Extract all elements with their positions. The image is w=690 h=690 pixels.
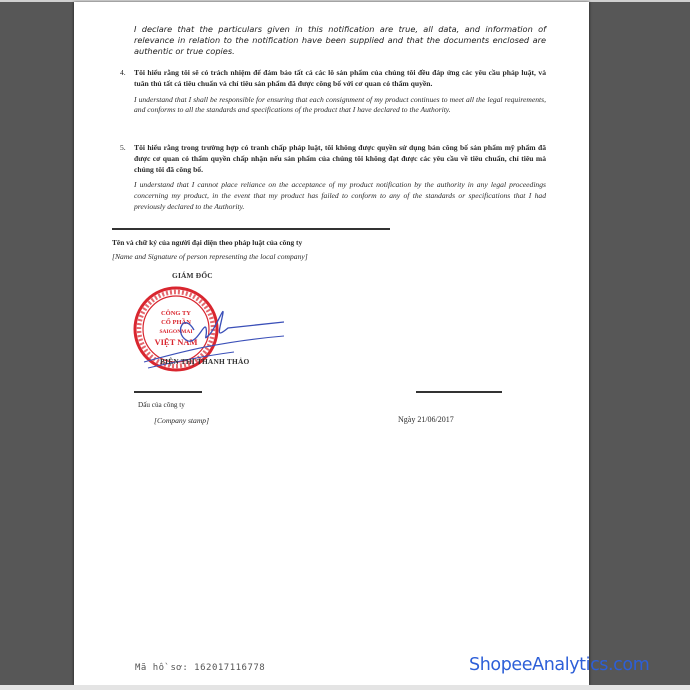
watermark-text: ShopeeAnalytics.com: [469, 655, 649, 675]
signer-title: GIÁM ĐỐC: [172, 271, 213, 280]
file-number: Mã hồ sơ: 162017116778: [135, 663, 265, 673]
company-stamp-label-english: [Company stamp]: [154, 416, 209, 425]
clause-5: 5. Tôi hiểu rằng trong trường hợp có tra…: [120, 143, 546, 213]
clause-number: 4.: [120, 68, 134, 79]
clause-text-english: I understand that I cannot place relianc…: [134, 180, 546, 212]
document-date: Ngày 21/06/2017: [398, 415, 454, 424]
document-page: I declare that the particulars given in …: [74, 2, 589, 685]
signature-divider: [112, 228, 390, 230]
document-viewer: I declare that the particulars given in …: [0, 0, 690, 690]
representative-label-english: [Name and Signature of person representi…: [112, 252, 308, 261]
declaration-paragraph: I declare that the particulars given in …: [134, 24, 546, 57]
signer-name: BIỆN THỊ THANH THẢO: [160, 357, 249, 366]
company-stamp-label-vietnamese: Dấu của công ty: [138, 401, 185, 409]
representative-label-vietnamese: Tên và chữ ký của người đại diện theo ph…: [112, 238, 302, 247]
clause-text-vietnamese: Tôi hiểu rằng trong trường hợp có tranh …: [134, 143, 546, 175]
date-line: [416, 391, 502, 393]
clause-text-english: I understand that I shall be responsible…: [134, 95, 546, 117]
clause-number: 5.: [120, 143, 134, 154]
clause-4: 4. Tôi hiểu rằng tôi sẽ có trách nhiệm đ…: [120, 68, 546, 116]
viewer-bottom-edge: [0, 685, 690, 690]
stamp-line: [134, 391, 202, 393]
clause-text-vietnamese: Tôi hiểu rằng tôi sẽ có trách nhiệm để đ…: [134, 68, 546, 90]
